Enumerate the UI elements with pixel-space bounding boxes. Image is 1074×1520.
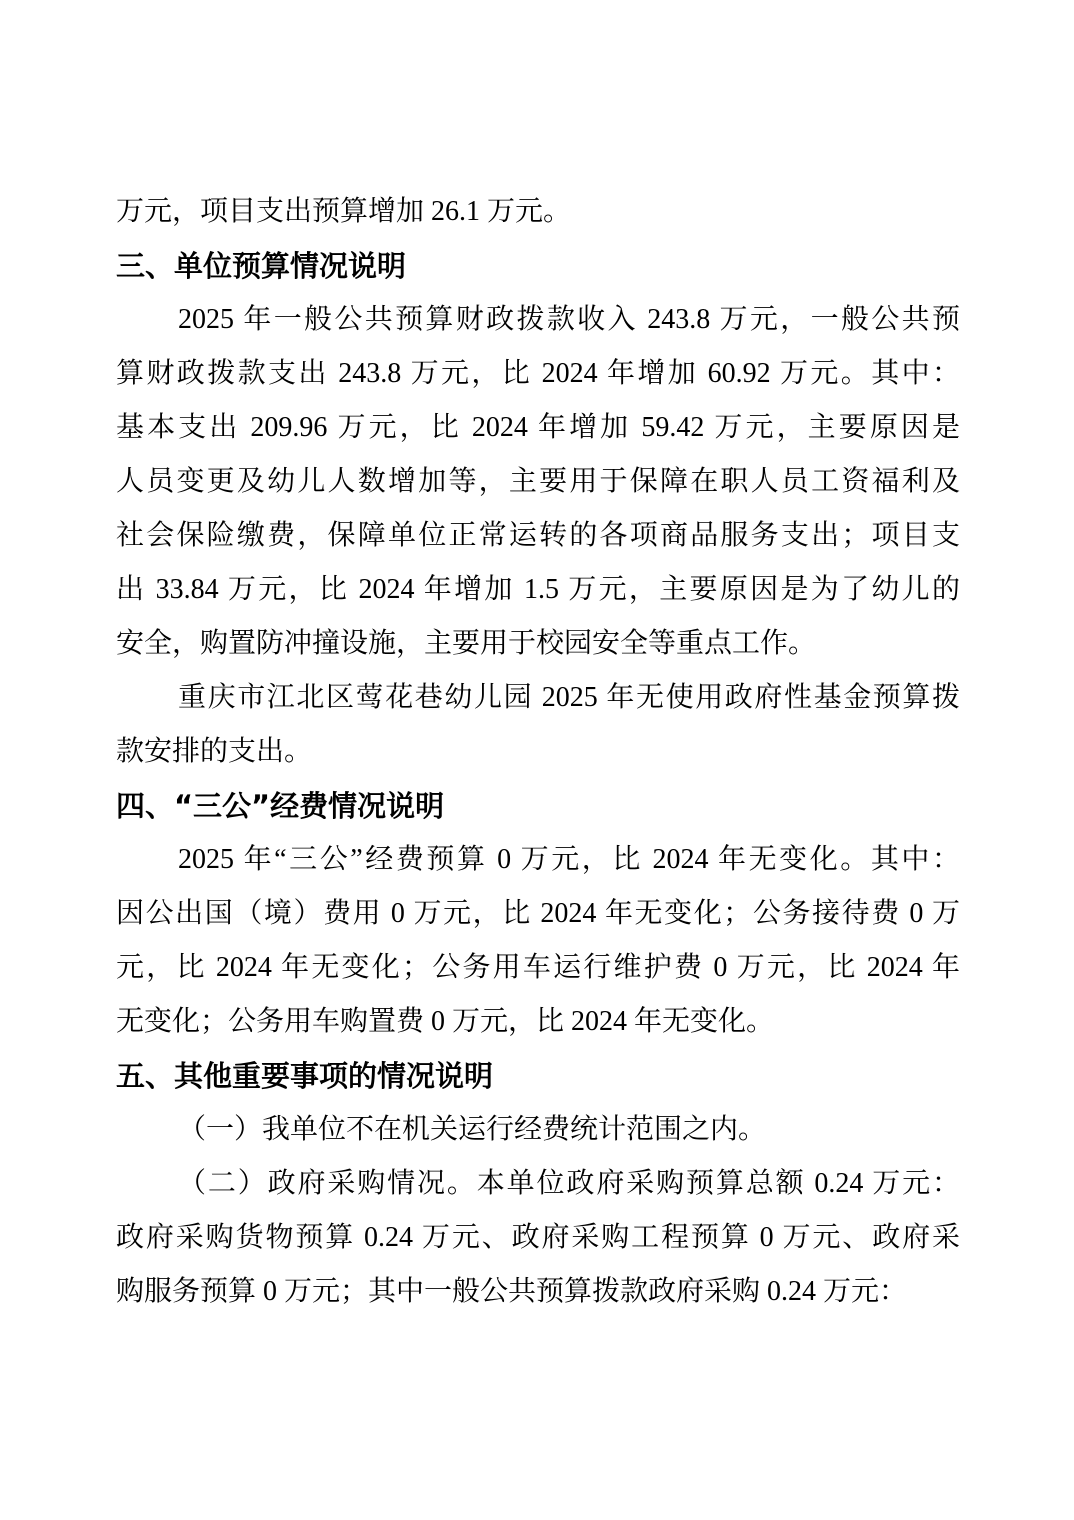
paragraph-line: 2025 年一般公共预算财政拨款收入 243.8 万元，一般公共预 [116, 293, 960, 347]
section-heading-4: 四、“三公”经费情况说明 [116, 779, 960, 833]
paragraph-line: 款安排的支出。 [116, 725, 960, 779]
paragraph-line: 算财政拨款支出 243.8 万元，比 2024 年增加 60.92 万元。其中： [116, 347, 960, 401]
paragraph-line: 出 33.84 万元，比 2024 年增加 1.5 万元，主要原因是为了幼儿的 [116, 563, 960, 617]
section-heading-3: 三、单位预算情况说明 [116, 239, 960, 293]
paragraph-line: 人员变更及幼儿人数增加等，主要用于保障在职人员工资福利及 [116, 455, 960, 509]
paragraph-line: 安全，购置防冲撞设施，主要用于校园安全等重点工作。 [116, 617, 960, 671]
paragraph-line: 重庆市江北区莺花巷幼儿园 2025 年无使用政府性基金预算拨 [116, 671, 960, 725]
paragraph-line: （一）我单位不在机关运行经费统计范围之内。 [116, 1103, 960, 1157]
paragraph-line: 万元，项目支出预算增加 26.1 万元。 [116, 185, 960, 239]
paragraph-line: 购服务预算 0 万元；其中一般公共预算拨款政府采购 0.24 万元： [116, 1265, 960, 1319]
document-text-block: 万元，项目支出预算增加 26.1 万元。 三、单位预算情况说明 2025 年一般… [116, 185, 960, 1319]
paragraph-line: 因公出国（境）费用 0 万元，比 2024 年无变化；公务接待费 0 万 [116, 887, 960, 941]
paragraph-line: 基本支出 209.96 万元，比 2024 年增加 59.42 万元，主要原因是 [116, 401, 960, 455]
section-heading-5: 五、其他重要事项的情况说明 [116, 1049, 960, 1103]
budget-document-page: 万元，项目支出预算增加 26.1 万元。 三、单位预算情况说明 2025 年一般… [0, 0, 1074, 1520]
paragraph-line: 2025 年“三公”经费预算 0 万元，比 2024 年无变化。其中： [116, 833, 960, 887]
paragraph-line: 社会保险缴费，保障单位正常运转的各项商品服务支出；项目支 [116, 509, 960, 563]
paragraph-line: 政府采购货物预算 0.24 万元、政府采购工程预算 0 万元、政府采 [116, 1211, 960, 1265]
paragraph-line: （二）政府采购情况。本单位政府采购预算总额 0.24 万元： [116, 1157, 960, 1211]
paragraph-line: 无变化；公务用车购置费 0 万元，比 2024 年无变化。 [116, 995, 960, 1049]
paragraph-line: 元，比 2024 年无变化；公务用车运行维护费 0 万元，比 2024 年 [116, 941, 960, 995]
